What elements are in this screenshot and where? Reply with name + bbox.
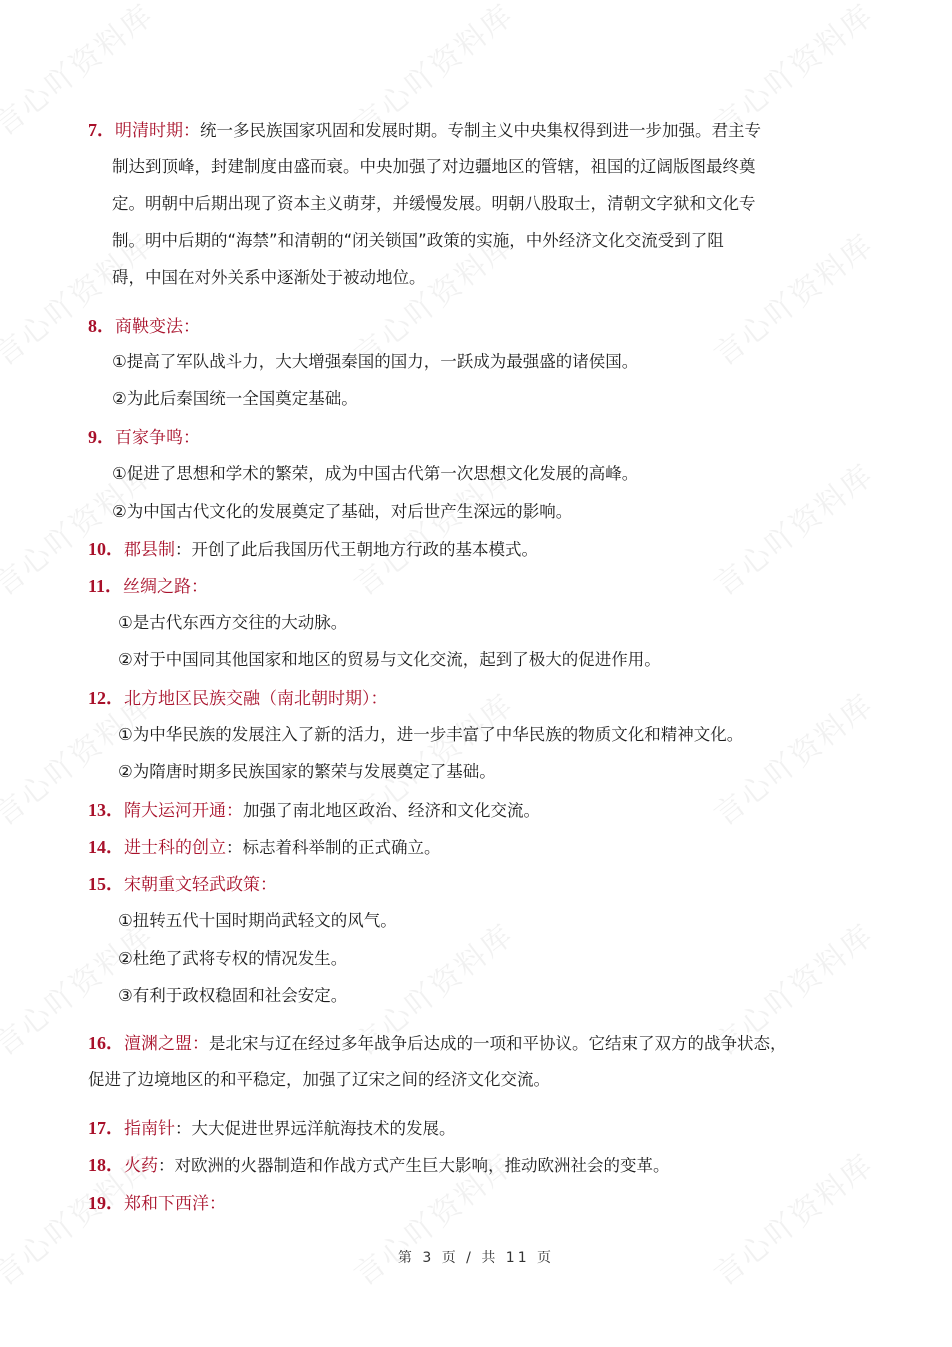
item-text: 统一多民族国家巩固和发展时期。专制主义中央集权得到进一步加强。君主专 xyxy=(200,121,761,140)
item-number: 15． xyxy=(88,874,124,894)
item-11-heading-line: 11．丝绸之路： xyxy=(88,574,208,599)
item-heading: 隋大运河开通： xyxy=(124,801,243,821)
item-13-line: 13．隋大运河开通：加强了南北地区政治、经济和文化交流。 xyxy=(88,798,540,823)
page-footer: 第 3 页 / 共 11 页 xyxy=(0,1247,952,1267)
item-7-line-2: 制达到顶峰，封建制度由盛而衰。中央加强了对边疆地区的管辖，祖国的辽阔版图最终奠 xyxy=(112,155,756,179)
item-heading: 指南针 xyxy=(124,1119,175,1139)
item-heading: 明清时期： xyxy=(115,121,200,141)
item-heading: 北方地区民族交融（南北朝时期）： xyxy=(124,689,388,709)
item-number: 8． xyxy=(88,316,115,336)
item-9-sub-1: ①促进了思想和学术的繁荣，成为中国古代第一次思想文化发展的高峰。 xyxy=(112,462,638,486)
item-11-sub-2: ②对于中国同其他国家和地区的贸易与文化交流，起到了极大的促进作用。 xyxy=(118,648,661,672)
item-19-heading-line: 19．郑和下西洋： xyxy=(88,1191,226,1216)
item-text: ：大大促进世界远洋航海技术的发展。 xyxy=(175,1119,456,1138)
item-number: 19． xyxy=(88,1193,124,1213)
item-number: 10． xyxy=(88,539,124,559)
item-15-sub-3: ③有利于政权稳固和社会安定。 xyxy=(118,984,347,1008)
item-heading: 丝绸之路： xyxy=(123,577,208,597)
item-heading: 郡县制 xyxy=(124,540,175,560)
item-number: 12． xyxy=(88,688,124,708)
item-15-sub-1: ①扭转五代十国时期尚武轻文的风气。 xyxy=(118,909,397,933)
item-12-heading-line: 12．北方地区民族交融（南北朝时期）： xyxy=(88,686,388,711)
item-heading: 澶渊之盟： xyxy=(124,1034,209,1054)
item-12-sub-1: ①为中华民族的发展注入了新的活力，进一步丰富了中华民族的物质文化和精神文化。 xyxy=(118,723,743,747)
item-14-line: 14．进士科的创立：标志着科举制的正式确立。 xyxy=(88,835,441,860)
item-7-line-3: 定。明朝中后期出现了资本主义萌芽，并缓慢发展。明朝八股取士，清朝文字狱和文化专 xyxy=(112,192,756,216)
item-heading: 百家争鸣： xyxy=(115,428,200,448)
item-heading: 火药 xyxy=(124,1156,158,1176)
item-number: 7． xyxy=(88,120,115,140)
item-heading: 商鞅变法： xyxy=(115,317,200,337)
item-text: 是北宋与辽在经过多年战争后达成的一项和平协议。它结束了双方的战争状态， xyxy=(209,1034,787,1053)
item-17-line: 17．指南针：大大促进世界远洋航海技术的发展。 xyxy=(88,1116,456,1141)
item-number: 9． xyxy=(88,427,115,447)
item-8-sub-1: ①提高了军队战斗力，大大增强秦国的国力，一跃成为最强盛的诸侯国。 xyxy=(112,350,638,374)
item-7-line-1: 7．明清时期：统一多民族国家巩固和发展时期。专制主义中央集权得到进一步加强。君主… xyxy=(88,118,761,143)
item-9-sub-2: ②为中国古代文化的发展奠定了基础，对后世产生深远的影响。 xyxy=(112,500,572,524)
document-page: 7．明清时期：统一多民族国家巩固和发展时期。专制主义中央集权得到进一步加强。君主… xyxy=(0,0,952,1347)
item-heading: 宋朝重文轻武政策： xyxy=(124,875,277,895)
item-text: ：对欧洲的火器制造和作战方式产生巨大影响，推动欧洲社会的变革。 xyxy=(158,1156,670,1175)
item-8-sub-2: ②为此后秦国统一全国奠定基础。 xyxy=(112,387,358,411)
item-15-heading-line: 15．宋朝重文轻武政策： xyxy=(88,872,277,897)
item-16-line-1: 16．澶渊之盟：是北宋与辽在经过多年战争后达成的一项和平协议。它结束了双方的战争… xyxy=(88,1031,787,1056)
item-number: 17． xyxy=(88,1118,124,1138)
item-number: 18． xyxy=(88,1155,124,1175)
item-15-sub-2: ②杜绝了武将专权的情况发生。 xyxy=(118,947,347,971)
item-heading: 进士科的创立 xyxy=(124,838,226,858)
item-number: 13． xyxy=(88,800,124,820)
item-9-heading-line: 9．百家争鸣： xyxy=(88,425,200,450)
item-18-line: 18．火药：对欧洲的火器制造和作战方式产生巨大影响，推动欧洲社会的变革。 xyxy=(88,1153,670,1178)
item-7-line-5: 碍，中国在对外关系中逐渐处于被动地位。 xyxy=(112,266,426,290)
item-7-line-4: 制。明中后期的“海禁”和清朝的“闭关锁国”政策的实施，中外经济文化交流受到了阻 xyxy=(112,229,724,253)
item-10-line: 10．郡县制：开创了此后我国历代王朝地方行政的基本模式。 xyxy=(88,537,538,562)
item-number: 14． xyxy=(88,837,124,857)
item-text: ：标志着科举制的正式确立。 xyxy=(226,838,441,857)
item-8-heading-line: 8．商鞅变法： xyxy=(88,314,200,339)
item-text: 加强了南北地区政治、经济和文化交流。 xyxy=(243,801,540,820)
item-12-sub-2: ②为隋唐时期多民族国家的繁荣与发展奠定了基础。 xyxy=(118,760,496,784)
item-11-sub-1: ①是古代东西方交往的大动脉。 xyxy=(118,611,347,635)
item-16-line-2: 促进了边境地区的和平稳定，加强了辽宋之间的经济文化交流。 xyxy=(88,1068,550,1092)
item-number: 16． xyxy=(88,1033,124,1053)
item-number: 11． xyxy=(88,576,123,596)
item-text: ：开创了此后我国历代王朝地方行政的基本模式。 xyxy=(175,540,538,559)
item-heading: 郑和下西洋： xyxy=(124,1194,226,1214)
